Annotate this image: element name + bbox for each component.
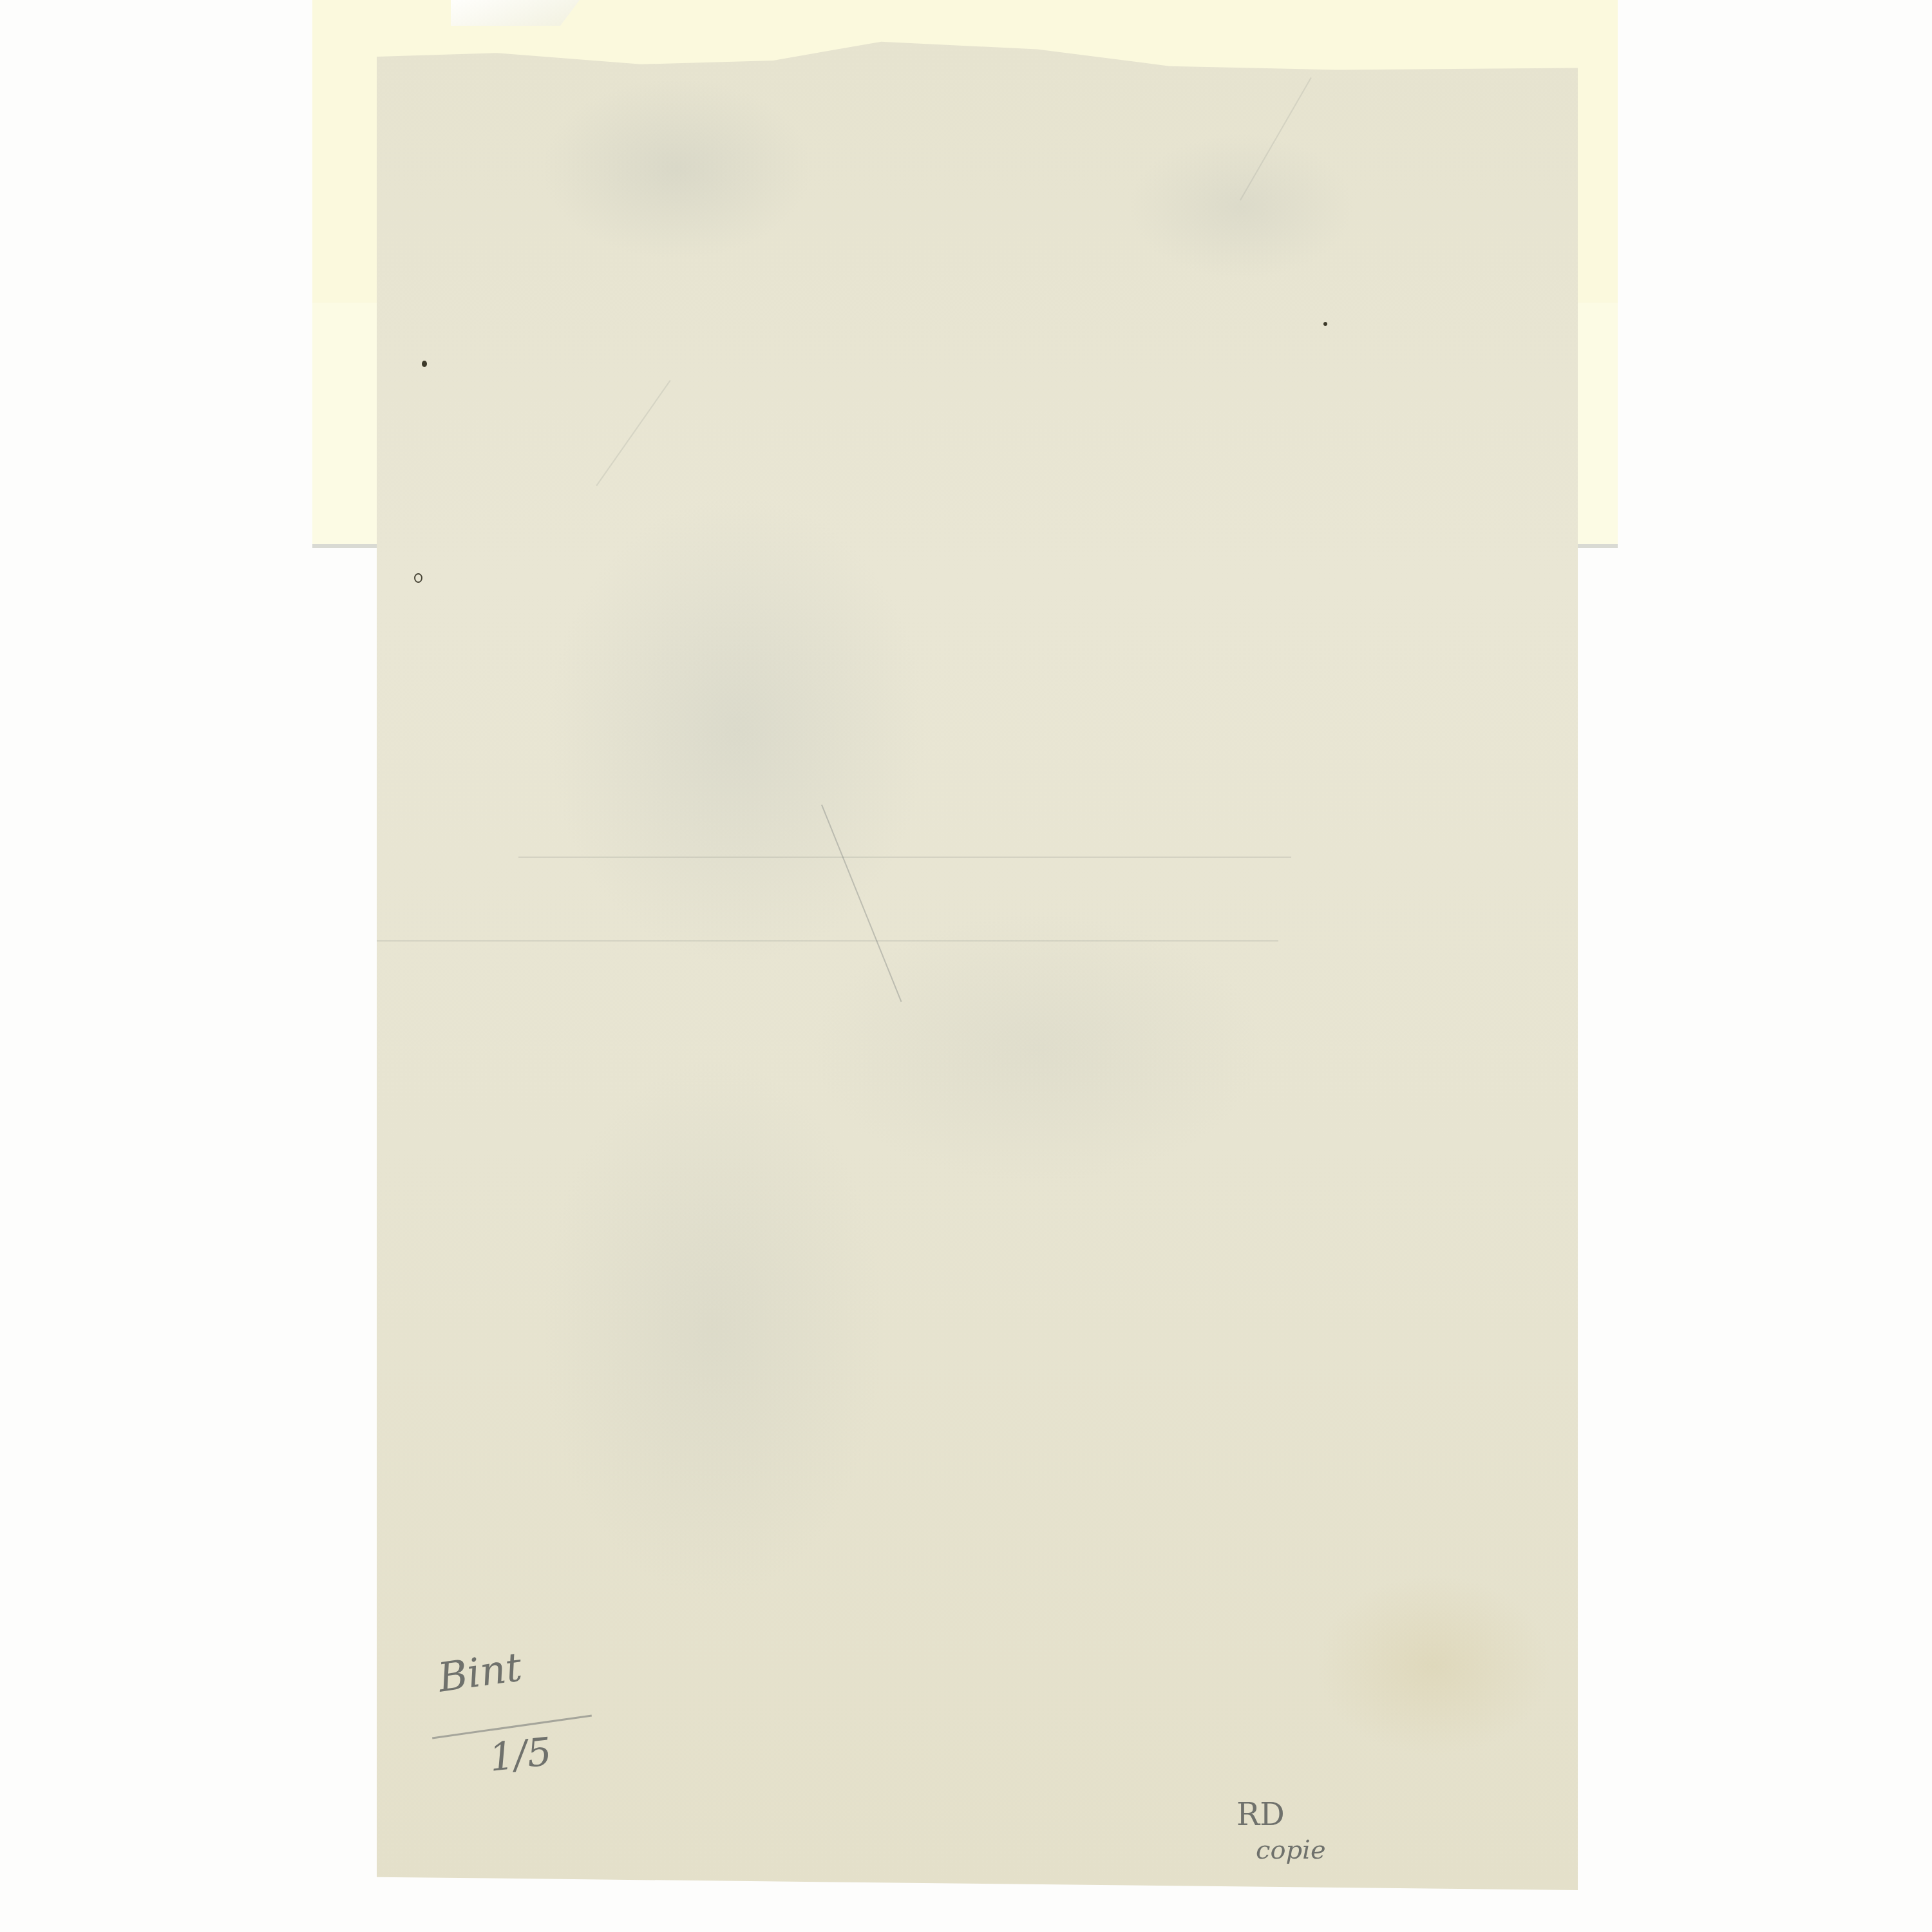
inscription-copie: copie xyxy=(1256,1835,1326,1865)
ghost-horizontal-line xyxy=(518,857,1291,858)
paper-sheet-verso xyxy=(377,19,1578,1890)
ghost-sketch-stroke xyxy=(821,804,902,1002)
ghost-sketch-stroke xyxy=(1240,77,1312,201)
ink-speck xyxy=(414,573,422,583)
ghost-sketch-stroke xyxy=(596,380,670,486)
inscription-fraction: 1/5 xyxy=(488,1729,554,1781)
tissue-hinge xyxy=(451,0,580,26)
ghost-horizontal-line xyxy=(377,940,1278,942)
ink-speck xyxy=(422,361,427,367)
ink-speck xyxy=(1323,322,1327,326)
inscription-rd: RD xyxy=(1236,1797,1285,1833)
